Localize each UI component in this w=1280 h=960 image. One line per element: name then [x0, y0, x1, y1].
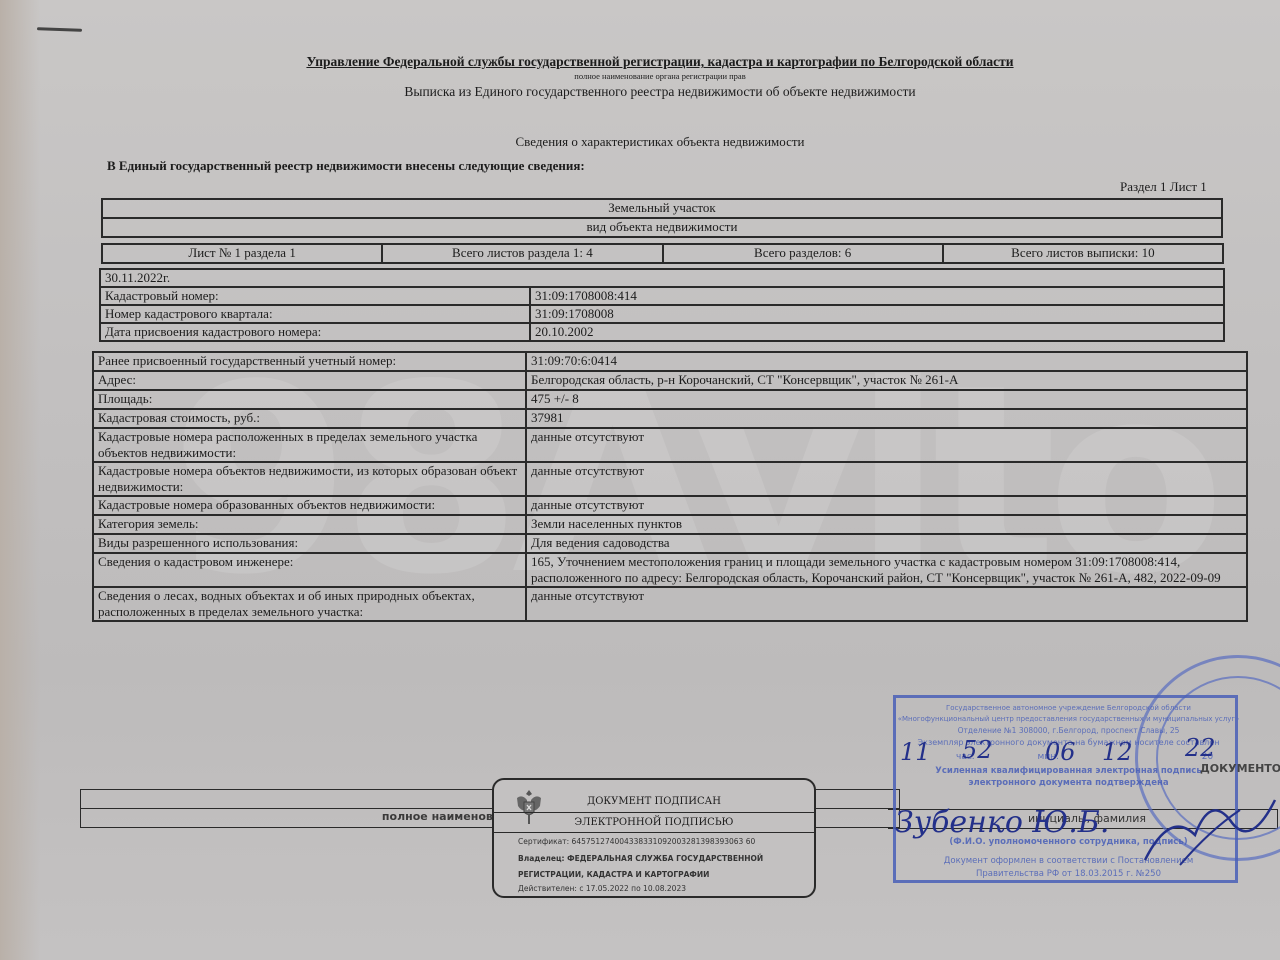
field-value: Для ведения садоводства: [526, 534, 1247, 553]
stamp-line9: Правительства РФ от 18.03.2015 г. №250: [896, 869, 1241, 879]
handwritten-day: 06: [1045, 738, 1076, 766]
section-sheets-total: Всего листов раздела 1: 4: [382, 244, 662, 263]
table-row: Ранее присвоенный государственный учетны…: [93, 352, 1247, 371]
divider: [494, 812, 814, 813]
field-value: 20.10.2002: [530, 323, 1224, 341]
field-value: 165, Уточнением местоположения границ и …: [526, 553, 1247, 587]
field-value: данные отсутствуют: [526, 462, 1247, 496]
esig-owner-line1: Владелец: ФЕДЕРАЛЬНАЯ СЛУЖБА ГОСУДАРСТВЕ…: [518, 854, 763, 863]
field-value: 31:09:70:6:0414: [526, 352, 1247, 371]
extract-title: Выписка из Единого государственного реес…: [20, 84, 1280, 100]
object-type-caption: вид объекта недвижимости: [102, 218, 1222, 237]
table-row: Номер кадастрового квартала: 31:09:17080…: [100, 305, 1224, 323]
field-value: 475 +/- 8: [526, 390, 1247, 409]
field-label: Кадастровые номера образованных объектов…: [93, 496, 526, 515]
agency-name-text: Управление Федеральной службы государств…: [306, 54, 1013, 69]
electronic-signature-box: ДОКУМЕНТ ПОДПИСАН ЭЛЕКТРОННОЙ ПОДПИСЬЮ С…: [492, 778, 816, 898]
esig-title-line2: ЭЛЕКТРОННОЙ ПОДПИСЬЮ: [494, 817, 814, 828]
field-label: Сведения о лесах, водных объектах и об и…: [93, 587, 526, 621]
table-row: Сведения о кадастровом инженере:165, Уто…: [93, 553, 1247, 587]
esig-certificate: Сертификат: 6457512740043383310920032813…: [518, 837, 755, 846]
field-label: Кадастровые номера расположенных в преде…: [93, 428, 526, 462]
table-row: Кадастровый номер: 31:09:1708008:414: [100, 287, 1224, 305]
intro-text: В Единый государственный реестр недвижим…: [107, 158, 585, 174]
handwritten-minutes: 52: [962, 736, 993, 764]
details-table: Ранее присвоенный государственный учетны…: [92, 351, 1248, 622]
table-row: Дата присвоения кадастрового номера: 20.…: [100, 323, 1224, 341]
esig-title-line1: ДОКУМЕНТ ПОДПИСАН: [494, 796, 814, 807]
field-value: 31:09:1708008:414: [530, 287, 1224, 305]
field-label: Сведения о кадастровом инженере:: [93, 553, 526, 587]
table-row: Виды разрешенного использования:Для веде…: [93, 534, 1247, 553]
extract-date: 30.11.2022г.: [100, 269, 1224, 287]
stamp-line5: Усиленная квалифицированная электронная …: [896, 766, 1241, 776]
pen-mark: [37, 27, 82, 32]
esig-owner-line2: РЕГИСТРАЦИИ, КАДАСТРА И КАРТОГРАФИИ: [518, 870, 709, 879]
field-value: данные отсутствуют: [526, 587, 1247, 621]
field-label: Адрес:: [93, 371, 526, 390]
field-label: Ранее присвоенный государственный учетны…: [93, 352, 526, 371]
divider: [494, 832, 814, 833]
table-row: Кадастровая стоимость, руб.:37981: [93, 409, 1247, 428]
section-title: Сведения о характеристиках объекта недви…: [20, 134, 1280, 150]
field-value: данные отсутствуют: [526, 496, 1247, 515]
sections-total: Всего разделов: 6: [663, 244, 943, 263]
main-fields-table: 30.11.2022г. Кадастровый номер: 31:09:17…: [99, 268, 1225, 342]
stamp-line1: Государственное автономное учреждение Бе…: [896, 704, 1241, 712]
handwritten-year: 22: [1185, 734, 1216, 762]
field-label: Номер кадастрового квартала:: [100, 305, 530, 323]
extract-sheets-total: Всего листов выписки: 10: [943, 244, 1223, 263]
table-row: Кадастровые номера расположенных в преде…: [93, 428, 1247, 462]
stamp-line6: электронного документа подтверждена: [896, 778, 1241, 788]
table-row: Адрес:Белгородская область, р-н Корочанс…: [93, 371, 1247, 390]
table-row: Сведения о лесах, водных объектах и об и…: [93, 587, 1247, 621]
field-value: Белгородская область, р-н Корочанский, С…: [526, 371, 1247, 390]
table-row: Кадастровые номера объектов недвижимости…: [93, 462, 1247, 496]
object-type-table: Земельный участок вид объекта недвижимос…: [101, 198, 1223, 238]
handwritten-signature-icon: [1140, 790, 1280, 870]
sheets-table: Лист № 1 раздела 1 Всего листов раздела …: [101, 243, 1224, 264]
field-label: Дата присвоения кадастрового номера:: [100, 323, 530, 341]
agency-name: Управление Федеральной службы государств…: [20, 54, 1280, 70]
field-value: данные отсутствуют: [526, 428, 1247, 462]
field-label: Кадастровые номера объектов недвижимости…: [93, 462, 526, 496]
field-value: 31:09:1708008: [530, 305, 1224, 323]
section-reference: Раздел 1 Лист 1: [1120, 179, 1207, 195]
handwritten-signature-name: Зубенко Ю.Б.: [895, 805, 1109, 840]
handwritten-hours: 11: [900, 738, 931, 766]
field-label: Категория земель:: [93, 515, 526, 534]
field-value: Земли населенных пунктов: [526, 515, 1247, 534]
esig-validity: Действителен: с 17.05.2022 по 10.08.2023: [518, 884, 686, 893]
field-label: Площадь:: [93, 390, 526, 409]
stamp-line2: «Многофункциональный центр предоставлени…: [896, 715, 1241, 723]
field-label: Кадастровый номер:: [100, 287, 530, 305]
table-row: Категория земель:Земли населенных пункто…: [93, 515, 1247, 534]
table-row: Кадастровые номера образованных объектов…: [93, 496, 1247, 515]
field-label: Виды разрешенного использования:: [93, 534, 526, 553]
agency-caption: полное наименование органа регистрации п…: [20, 71, 1280, 81]
handwritten-month: 12: [1102, 738, 1133, 766]
sheet-number: Лист № 1 раздела 1: [102, 244, 382, 263]
object-type: Земельный участок: [102, 199, 1222, 218]
table-row: Площадь:475 +/- 8: [93, 390, 1247, 409]
field-value: 37981: [526, 409, 1247, 428]
field-label: Кадастровая стоимость, руб.:: [93, 409, 526, 428]
stamp-side-text: ДОКУМЕНТОВ: [1200, 762, 1280, 775]
